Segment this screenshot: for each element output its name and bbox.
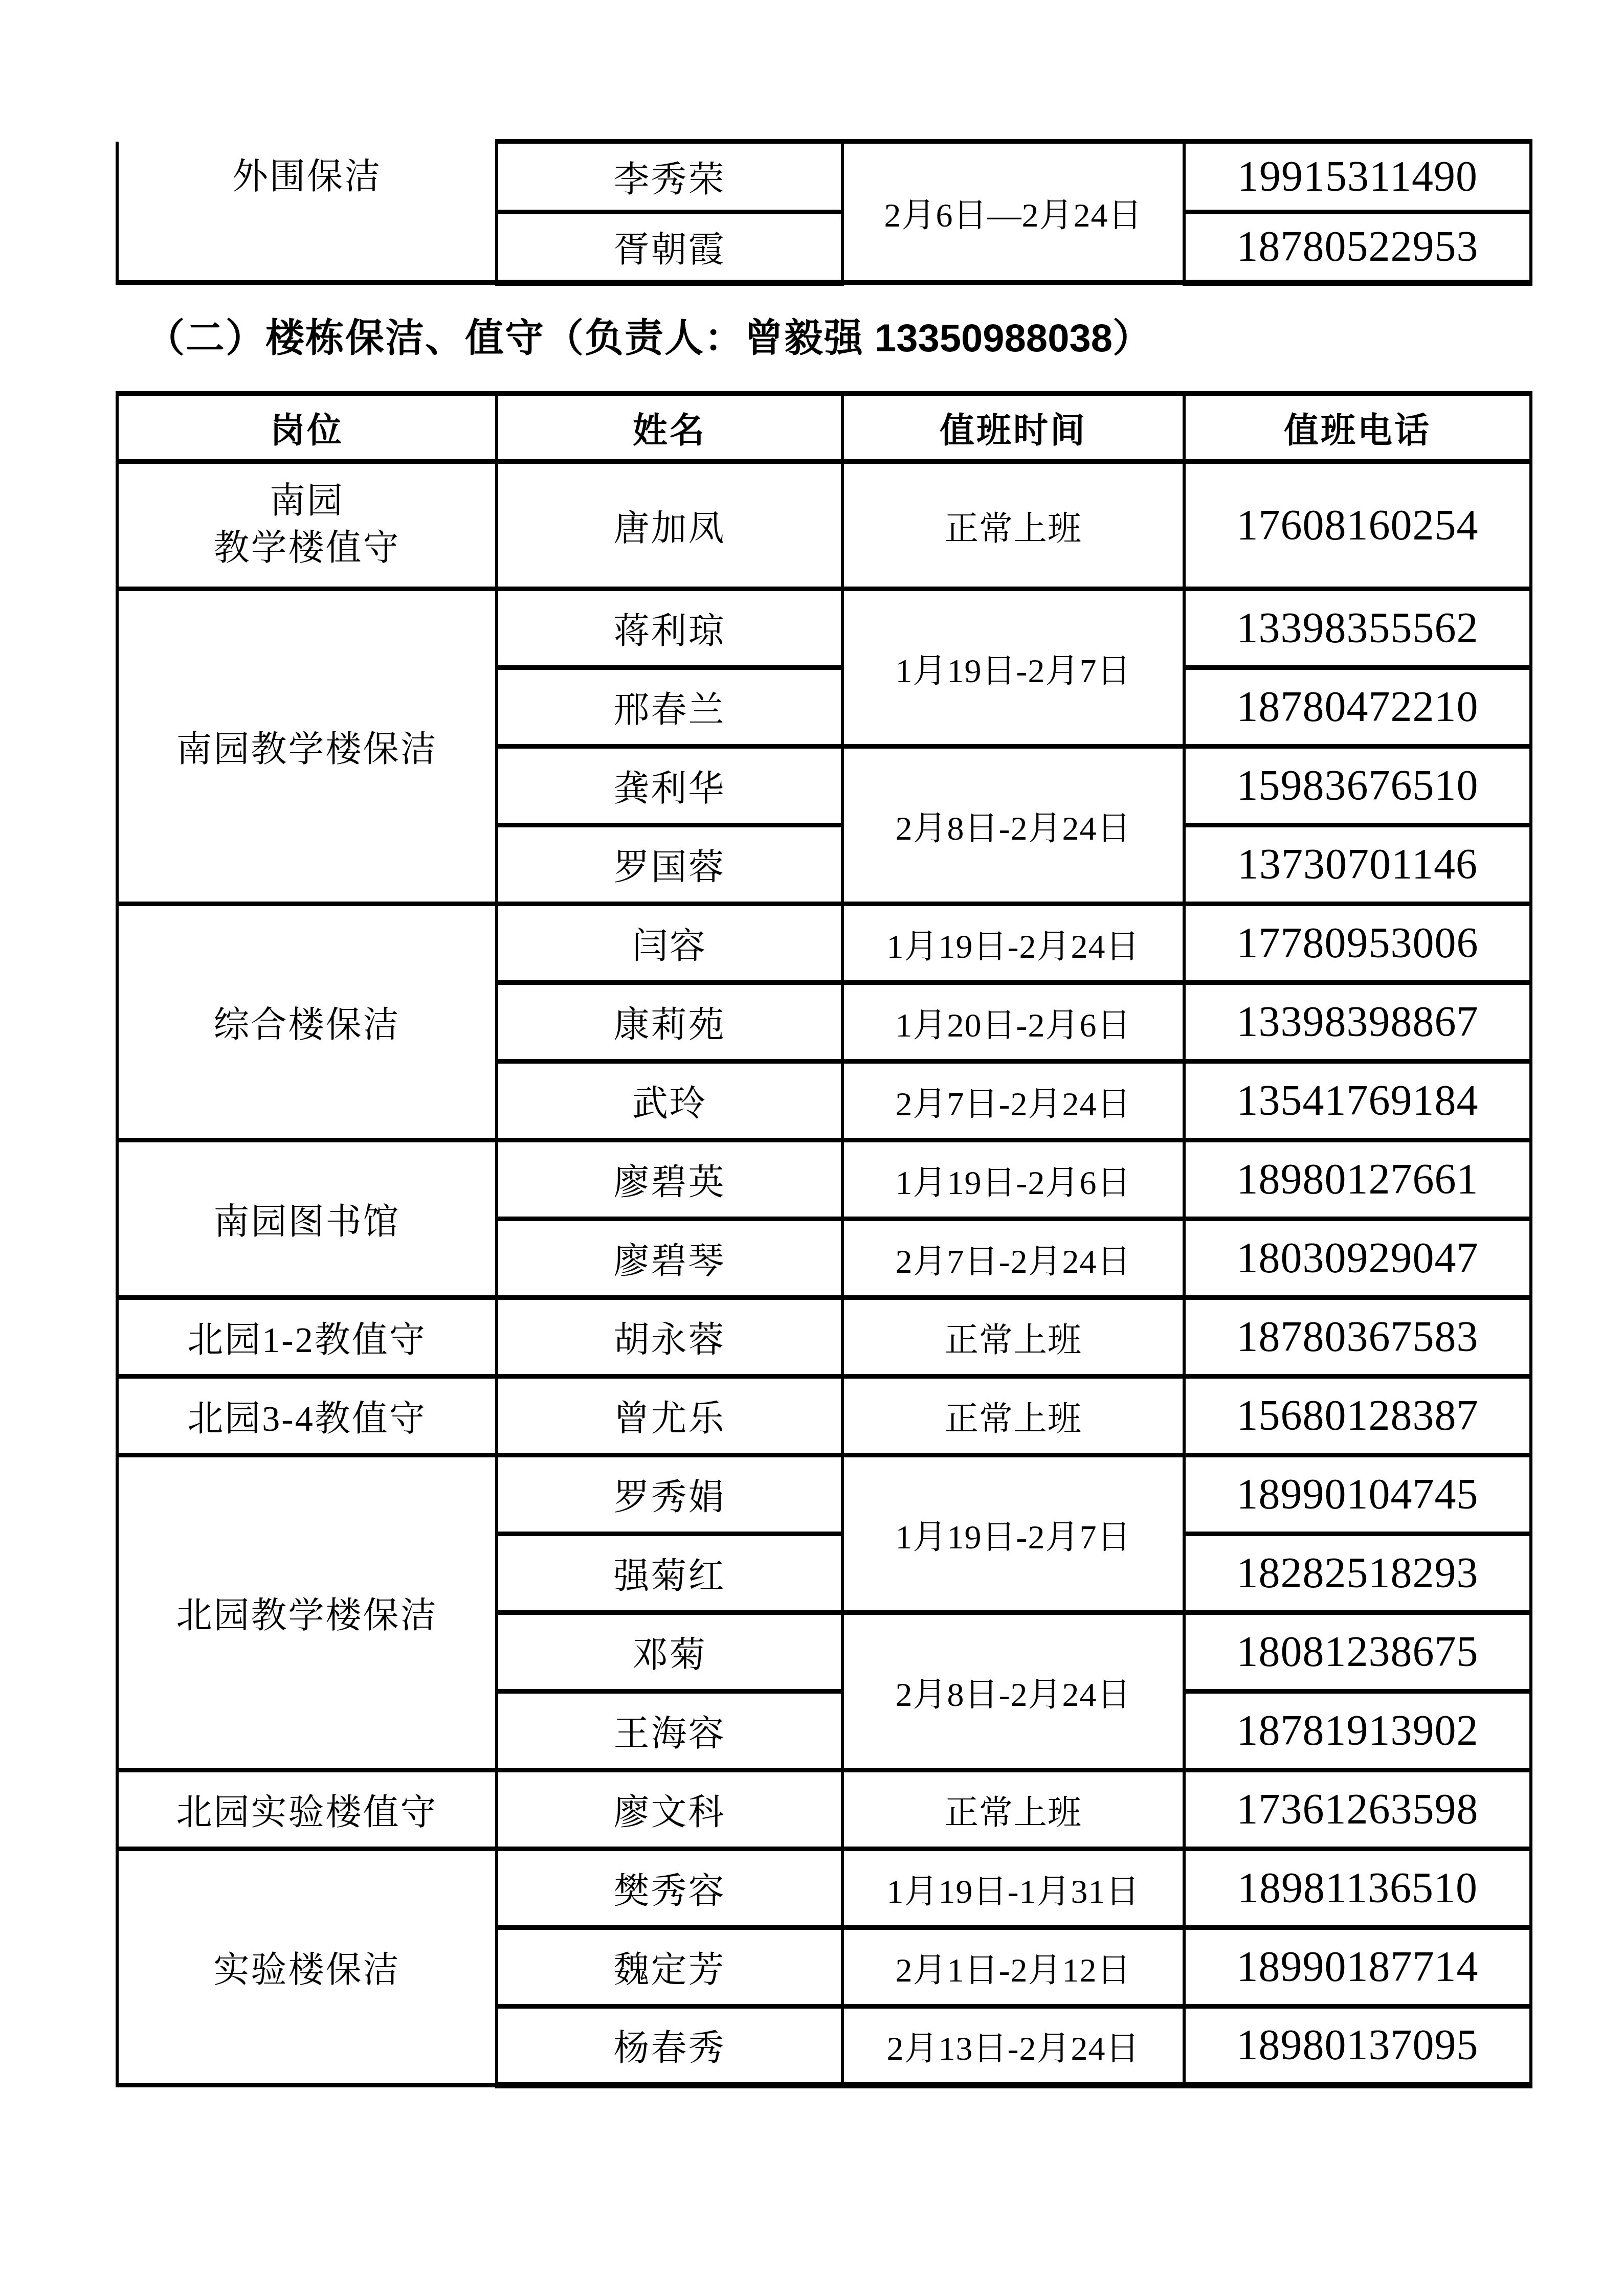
- cell-name: 蒋利琼: [497, 589, 842, 668]
- cell-phone: 18282518293: [1184, 1534, 1531, 1613]
- cell-time: 2月6日—2月24日: [842, 142, 1184, 283]
- cell-phone: 18780522953: [1184, 212, 1531, 283]
- cell-phone: 13541769184: [1184, 1062, 1531, 1140]
- cell-post: 南园图书馆: [117, 1140, 497, 1298]
- cell-name: 武玲: [497, 1062, 842, 1140]
- table-row: 北园实验楼值守 廖文科 正常上班 17361263598: [117, 1770, 1531, 1849]
- table-row: 南园图书馆 廖碧英 1月19日-2月6日 18980127661: [117, 1140, 1531, 1219]
- continuation-duty-table: 外围保洁 李秀荣 2月6日—2月24日 19915311490 胥朝霞 1878…: [116, 139, 1532, 286]
- cell-time: 2月13日-2月24日: [842, 2007, 1184, 2085]
- cell-name: 魏定芳: [497, 1928, 842, 2007]
- cell-name: 李秀荣: [497, 142, 842, 212]
- cell-post: 外围保洁: [117, 142, 497, 283]
- cell-time: 正常上班: [842, 1770, 1184, 1849]
- cell-time: 正常上班: [842, 1298, 1184, 1377]
- table-row: 北园教学楼保洁 罗秀娟 1月19日-2月7日 18990104745: [117, 1455, 1531, 1534]
- cell-phone: 18030929047: [1184, 1219, 1531, 1298]
- supervisor-phone: 13350988038: [875, 317, 1113, 360]
- section-heading: （二）楼栋保洁、值守（负责人：曾毅强 13350988038）: [146, 312, 1152, 365]
- cell-post: 南园 教学楼值守: [117, 462, 497, 589]
- cell-name: 廖碧英: [497, 1140, 842, 1219]
- cell-time: 2月8日-2月24日: [842, 1613, 1184, 1770]
- post-line: 教学楼值守: [119, 525, 495, 572]
- cell-phone: 13398355562: [1184, 589, 1531, 668]
- cell-phone: 18780472210: [1184, 668, 1531, 747]
- cell-phone: 18081238675: [1184, 1613, 1531, 1692]
- cell-name: 康莉苑: [497, 983, 842, 1062]
- cell-name: 曾尤乐: [497, 1377, 842, 1455]
- cell-phone: 15983676510: [1184, 747, 1531, 825]
- cell-post: 北园1-2教值守: [117, 1298, 497, 1377]
- cell-name: 罗国蓉: [497, 825, 842, 904]
- duty-table: 岗位 姓名 值班时间 值班电话 南园 教学楼值守 唐加凤 正常上班 176081…: [116, 391, 1532, 2088]
- cell-post: 综合楼保洁: [117, 904, 497, 1140]
- cell-post: 北园教学楼保洁: [117, 1455, 497, 1770]
- table-row: 北园3-4教值守 曾尤乐 正常上班 15680128387: [117, 1377, 1531, 1455]
- cell-phone: 18781913902: [1184, 1692, 1531, 1770]
- cell-time: 正常上班: [842, 462, 1184, 589]
- cell-phone: 18990187714: [1184, 1928, 1531, 2007]
- table-row: 南园教学楼保洁 蒋利琼 1月19日-2月7日 13398355562: [117, 589, 1531, 668]
- header-time: 值班时间: [842, 394, 1184, 462]
- cell-time: 2月7日-2月24日: [842, 1062, 1184, 1140]
- section-heading-text: （二）楼栋保洁、值守（负责人：曾毅强: [146, 317, 875, 360]
- table-row: 北园1-2教值守 胡永蓉 正常上班 18780367583: [117, 1298, 1531, 1377]
- cell-phone: 13398398867: [1184, 983, 1531, 1062]
- cell-phone: 18990104745: [1184, 1455, 1531, 1534]
- table-row: 综合楼保洁 闫容 1月19日-2月24日 17780953006: [117, 904, 1531, 983]
- cell-post: 实验楼保洁: [117, 1849, 497, 2085]
- cell-phone: 15680128387: [1184, 1377, 1531, 1455]
- cell-name: 强菊红: [497, 1534, 842, 1613]
- cell-phone: 17608160254: [1184, 462, 1531, 589]
- cell-time: 正常上班: [842, 1377, 1184, 1455]
- cell-time: 2月8日-2月24日: [842, 747, 1184, 904]
- cell-name: 邢春兰: [497, 668, 842, 747]
- table-row: 实验楼保洁 樊秀容 1月19日-1月31日 18981136510: [117, 1849, 1531, 1928]
- table-row: 南园 教学楼值守 唐加凤 正常上班 17608160254: [117, 462, 1531, 589]
- section-heading-close: ）: [1113, 317, 1152, 360]
- table-row: 外围保洁 李秀荣 2月6日—2月24日 19915311490: [117, 142, 1531, 212]
- cell-name: 胥朝霞: [497, 212, 842, 283]
- cell-name: 胡永蓉: [497, 1298, 842, 1377]
- cell-name: 樊秀容: [497, 1849, 842, 1928]
- cell-phone: 18980127661: [1184, 1140, 1531, 1219]
- cell-time: 1月19日-2月6日: [842, 1140, 1184, 1219]
- header-name: 姓名: [497, 394, 842, 462]
- cell-name: 闫容: [497, 904, 842, 983]
- cell-post: 南园教学楼保洁: [117, 589, 497, 904]
- cell-time: 2月7日-2月24日: [842, 1219, 1184, 1298]
- cell-time: 1月19日-1月31日: [842, 1849, 1184, 1928]
- cell-name: 王海容: [497, 1692, 842, 1770]
- table-header-row: 岗位 姓名 值班时间 值班电话: [117, 394, 1531, 462]
- cell-post: 北园3-4教值守: [117, 1377, 497, 1455]
- cell-name: 罗秀娟: [497, 1455, 842, 1534]
- cell-phone: 18780367583: [1184, 1298, 1531, 1377]
- cell-name: 唐加凤: [497, 462, 842, 589]
- cell-time: 1月19日-2月7日: [842, 589, 1184, 747]
- post-line: 南园: [119, 478, 495, 525]
- cell-name: 廖碧琴: [497, 1219, 842, 1298]
- header-post: 岗位: [117, 394, 497, 462]
- cell-time: 1月19日-2月24日: [842, 904, 1184, 983]
- cell-phone: 18980137095: [1184, 2007, 1531, 2085]
- cell-name: 邓菊: [497, 1613, 842, 1692]
- header-phone: 值班电话: [1184, 394, 1531, 462]
- cell-name: 杨春秀: [497, 2007, 842, 2085]
- cell-phone: 18981136510: [1184, 1849, 1531, 1928]
- cell-time: 1月19日-2月7日: [842, 1455, 1184, 1613]
- cell-phone: 17780953006: [1184, 904, 1531, 983]
- cell-post: 北园实验楼值守: [117, 1770, 497, 1849]
- cell-phone: 13730701146: [1184, 825, 1531, 904]
- cell-name: 龚利华: [497, 747, 842, 825]
- cell-name: 廖文科: [497, 1770, 842, 1849]
- cell-phone: 17361263598: [1184, 1770, 1531, 1849]
- cell-time: 2月1日-2月12日: [842, 1928, 1184, 2007]
- cell-time: 1月20日-2月6日: [842, 983, 1184, 1062]
- cell-phone: 19915311490: [1184, 142, 1531, 212]
